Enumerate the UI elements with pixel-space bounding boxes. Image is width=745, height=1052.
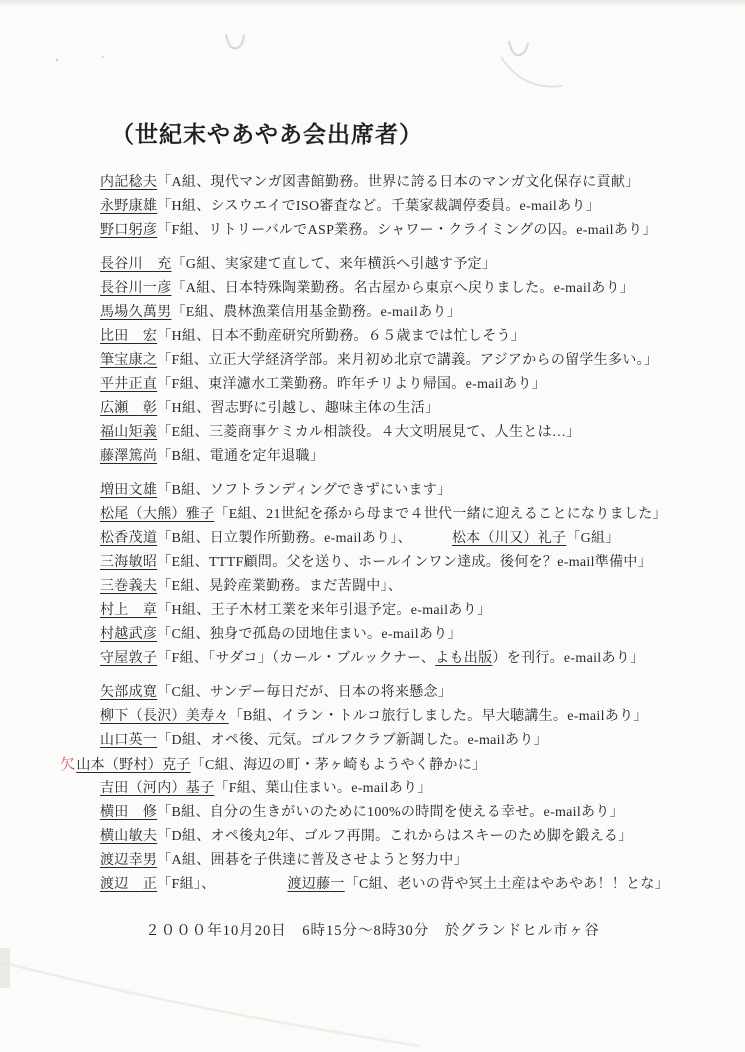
attendee-entry: 永野康雄「H組、シスウエイでISO審査など。千葉家裁調停委員。e-mailあり」 bbox=[100, 195, 705, 219]
attendee-entry: 長谷川一彦「A組、日本特殊陶業勤務。名古屋から東京へ戻りました。e-mailあり… bbox=[100, 277, 705, 301]
attendee-info: 「F組、「サダコ」（カール・ブルックナー、 bbox=[157, 651, 435, 666]
attendee-entry: 筆宝康之「F組、立正大学経済学部。来月初め北京で講義。アジアからの留学生多い。」 bbox=[100, 349, 705, 373]
spacer bbox=[412, 541, 452, 542]
attendee-list: 内記稔夫「A組、現代マンガ図書館勤務。世界に誇る日本のマンガ文化保存に貢献」永野… bbox=[100, 171, 705, 907]
attendee-info: 「F組、葉山住まい。e-mailあり」 bbox=[214, 781, 431, 796]
attendee-name: 福山矩義 bbox=[100, 425, 157, 440]
attendee-info: 「G組」 bbox=[566, 531, 619, 546]
attendee-info: 「B組、イラン・トルコ旅行しました。早大聴講生。e-mailあり」 bbox=[229, 709, 648, 724]
attendee-name: 比田 宏 bbox=[100, 329, 157, 344]
attendee-info: 「G組、実家建て直して、来年横浜へ引越す予定」 bbox=[172, 257, 497, 272]
attendee-entry: 増田文雄「B組、ソフトランディングできずにいます」 bbox=[100, 479, 705, 503]
attendee-name: 三海敏昭 bbox=[100, 555, 157, 570]
attendee-info: 「E組、農林漁業信用基金勤務。e-mailあり」 bbox=[172, 305, 462, 320]
attendee-name: 渡辺 正 bbox=[100, 877, 157, 892]
attendee-info: 「C組、老いの背や冥土土産はやあやあ！！とな」 bbox=[345, 877, 669, 892]
attendee-name: 藤澤篤尚 bbox=[100, 449, 157, 464]
attendee-entry: 吉田（河内）基子「F組、葉山住まい。e-mailあり」 bbox=[100, 777, 705, 801]
scan-crease bbox=[501, 57, 562, 87]
attendee-name: よも出版 bbox=[435, 651, 492, 666]
attendee-info: 「H組、習志野に引越し、趣味主体の生活」 bbox=[157, 401, 439, 416]
scan-speck bbox=[102, 56, 104, 58]
attendee-entry: 村上 章「H組、王子木材工業を来年引退予定。e-mailあり」 bbox=[100, 599, 705, 623]
attendee-info: 「E組、三菱商事ケミカル相談役。４大文明展見て、人生とは…」 bbox=[157, 425, 580, 440]
red-handwritten-mark: 欠 bbox=[59, 752, 77, 779]
attendee-entry: 野口躬彦「F組、リトリーバルでASP業務。シャワー・クライミングの囚。e-mai… bbox=[100, 219, 705, 243]
attendee-entry: 柳下（長沢）美寿々「B組、イラン・トルコ旅行しました。早大聴講生。e-mailあ… bbox=[100, 705, 705, 729]
attendee-entry: 横田 修「B組、自分の生きがいのために100%の時間を使える幸せ。e-mailあ… bbox=[100, 801, 705, 825]
attendee-name: 三巻義夫 bbox=[100, 579, 157, 594]
attendee-name: 野口躬彦 bbox=[100, 223, 157, 238]
attendee-entry: 山口英一「D組、オペ後、元気。ゴルフクラブ新調した。e-mailあり」 bbox=[100, 729, 705, 753]
attendee-entry: 欠山本（野村）克子「C組、海辺の町・茅ヶ崎もようやく静かに」 bbox=[60, 753, 705, 777]
attendee-entry: 三巻義夫「E組、晃鈴産業勤務。まだ苦闘中」、 bbox=[100, 575, 705, 599]
attendee-name: 山口英一 bbox=[100, 733, 157, 748]
attendee-entry: 村越武彦「C組、独身で孤島の団地住まい。e-mailあり」 bbox=[100, 623, 705, 647]
attendee-name: 矢部成寛 bbox=[100, 685, 157, 700]
attendee-name: 増田文雄 bbox=[100, 483, 157, 498]
attendee-name: 平井正直 bbox=[100, 377, 157, 392]
attendee-info: 「F組、東洋濾水工業勤務。昨年チリより帰国。e-mailあり」 bbox=[157, 377, 546, 392]
attendee-info: 「A組、囲碁を子供達に普及させようと努力中」 bbox=[157, 853, 468, 868]
attendee-name: 渡辺藤一 bbox=[288, 877, 345, 892]
attendee-info: 「H組、シスウエイでISO審査など。千葉家裁調停委員。e-mailあり」 bbox=[157, 199, 600, 214]
attendee-name: 横田 修 bbox=[100, 805, 157, 820]
attendee-name: 馬場久萬男 bbox=[100, 305, 172, 320]
attendee-info: 「C組、独身で孤島の団地住まい。e-mailあり」 bbox=[157, 627, 462, 642]
attendee-entry: 松香茂道「B組、日立製作所勤務。e-mailあり」、松本（川又）礼子「G組」 bbox=[100, 527, 705, 551]
attendee-info: 「F組」、 bbox=[157, 877, 215, 892]
attendee-entry: 福山矩義「E組、三菱商事ケミカル相談役。４大文明展見て、人生とは…」 bbox=[100, 421, 705, 445]
attendee-name: 松本（川又）礼子 bbox=[452, 531, 566, 546]
attendee-name: 松尾（大熊）雅子 bbox=[100, 507, 214, 522]
attendee-info: 「A組、日本特殊陶業勤務。名古屋から東京へ戻りました。e-mailあり」 bbox=[172, 281, 635, 296]
attendee-entry: 矢部成寛「C組、サンデー毎日だが、日本の将来懸念」 bbox=[100, 681, 705, 705]
attendee-group: 長谷川 充「G組、実家建て直して、来年横浜へ引越す予定」長谷川一彦「A組、日本特… bbox=[100, 253, 705, 469]
attendee-entry: 守屋敦子「F組、「サダコ」（カール・ブルックナー、よも出版）を刊行。e-mail… bbox=[100, 647, 705, 671]
attendee-name: 松香茂道 bbox=[100, 531, 157, 546]
attendee-group: 内記稔夫「A組、現代マンガ図書館勤務。世界に誇る日本のマンガ文化保存に貢献」永野… bbox=[100, 171, 705, 243]
attendee-info: 「C組、海辺の町・茅ヶ崎もようやく静かに」 bbox=[191, 758, 487, 773]
attendee-info: 「E組、TTTF顧問。父を送り、ホールインワン達成。後何を？e-mail準備中」 bbox=[157, 555, 652, 570]
attendee-group: 増田文雄「B組、ソフトランディングできずにいます」松尾（大熊）雅子「E組、21世… bbox=[100, 479, 705, 671]
attendee-name: 渡辺幸男 bbox=[100, 853, 157, 868]
attendee-info: 「D組、オペ後、元気。ゴルフクラブ新調した。e-mailあり」 bbox=[157, 733, 548, 748]
attendee-entry: 渡辺 正「F組」、渡辺藤一「C組、老いの背や冥土土産はやあやあ！！とな」 bbox=[100, 873, 705, 897]
attendee-name: 長谷川一彦 bbox=[100, 281, 172, 296]
attendee-info: 「A組、現代マンガ図書館勤務。世界に誇る日本のマンガ文化保存に貢献」 bbox=[157, 175, 639, 190]
attendee-name: 筆宝康之 bbox=[100, 353, 157, 368]
attendee-info: 「F組、リトリーバルでASP業務。シャワー・クライミングの囚。e-mailあり」 bbox=[157, 223, 657, 238]
attendee-entry: 比田 宏「H組、日本不動産研究所勤務。６５歳までは忙しそう」 bbox=[100, 325, 705, 349]
attendee-name: 柳下（長沢）美寿々 bbox=[100, 709, 229, 724]
attendee-info: 「H組、王子木材工業を来年引退予定。e-mailあり」 bbox=[157, 603, 491, 618]
attendee-entry: 渡辺幸男「A組、囲碁を子供達に普及させようと努力中」 bbox=[100, 849, 705, 873]
attendee-info: 「E組、21世紀を孫から母まで４世代一緒に迎えることになりました」 bbox=[214, 507, 666, 522]
attendee-entry: 横山敏夫「D組、オペ後丸2年、ゴルフ再開。これからはスキーのため脚を鍛える」 bbox=[100, 825, 705, 849]
attendee-info: 「B組、電通を定年退職」 bbox=[157, 449, 324, 464]
attendee-entry: 藤澤篤尚「B組、電通を定年退職」 bbox=[100, 445, 705, 469]
attendee-info: 「C組、サンデー毎日だが、日本の将来懸念」 bbox=[157, 685, 452, 700]
attendee-info: 「F組、立正大学経済学部。来月初め北京で講義。アジアからの留学生多い。」 bbox=[157, 353, 658, 368]
attendee-info: 「B組、日立製作所勤務。e-mailあり」、 bbox=[157, 531, 412, 546]
attendee-entry: 長谷川 充「G組、実家建て直して、来年横浜へ引越す予定」 bbox=[100, 253, 705, 277]
spacer bbox=[216, 887, 288, 888]
scan-edge-shadow bbox=[0, 948, 10, 988]
attendee-name: 横山敏夫 bbox=[100, 829, 157, 844]
attendee-info: 「D組、オペ後丸2年、ゴルフ再開。これからはスキーのため脚を鍛える」 bbox=[157, 829, 632, 844]
attendee-info: 「H組、日本不動産研究所勤務。６５歳までは忙しそう」 bbox=[157, 329, 525, 344]
attendee-name: 長谷川 充 bbox=[100, 257, 172, 272]
attendee-info: 「B組、自分の生きがいのために100%の時間を使える幸せ。e-mailあり」 bbox=[157, 805, 624, 820]
event-date-location: ２０００年10月20日 6時15分～8時30分 於グランドヒル市ヶ谷 bbox=[0, 919, 745, 940]
attendee-entry: 馬場久萬男「E組、農林漁業信用基金勤務。e-mailあり」 bbox=[100, 301, 705, 325]
attendee-name: 山本（野村）克子 bbox=[76, 758, 190, 773]
scan-crease bbox=[0, 962, 420, 1046]
attendee-name: 村越武彦 bbox=[100, 627, 157, 642]
attendee-entry: 三海敏昭「E組、TTTF顧問。父を送り、ホールインワン達成。後何を？e-mail… bbox=[100, 551, 705, 575]
attendee-name: 吉田（河内）基子 bbox=[100, 781, 214, 796]
attendee-entry: 内記稔夫「A組、現代マンガ図書館勤務。世界に誇る日本のマンガ文化保存に貢献」 bbox=[100, 171, 705, 195]
attendee-name: 内記稔夫 bbox=[100, 175, 157, 190]
attendee-entry: 広瀬 彰「H組、習志野に引越し、趣味主体の生活」 bbox=[100, 397, 705, 421]
attendee-group: 矢部成寛「C組、サンデー毎日だが、日本の将来懸念」柳下（長沢）美寿々「B組、イラ… bbox=[100, 681, 705, 897]
attendee-info: ）を刊行。e-mailあり」 bbox=[492, 651, 644, 666]
attendee-name: 広瀬 彰 bbox=[100, 401, 157, 416]
fold-mark bbox=[226, 34, 244, 48]
fold-mark bbox=[509, 41, 528, 55]
attendee-name: 村上 章 bbox=[100, 603, 157, 618]
attendee-name: 永野康雄 bbox=[100, 199, 157, 214]
attendee-name: 守屋敦子 bbox=[100, 651, 157, 666]
attendee-info: 「E組、晃鈴産業勤務。まだ苦闘中」、 bbox=[157, 579, 402, 594]
scan-speck bbox=[56, 59, 59, 62]
document-title: （世紀末やあやあ会出席者） bbox=[111, 116, 423, 149]
scanned-page: （世紀末やあやあ会出席者） 内記稔夫「A組、現代マンガ図書館勤務。世界に誇る日本… bbox=[0, 0, 745, 1052]
attendee-entry: 松尾（大熊）雅子「E組、21世紀を孫から母まで４世代一緒に迎えることになりました… bbox=[100, 503, 705, 527]
attendee-info: 「B組、ソフトランディングできずにいます」 bbox=[157, 483, 451, 498]
attendee-entry: 平井正直「F組、東洋濾水工業勤務。昨年チリより帰国。e-mailあり」 bbox=[100, 373, 705, 397]
